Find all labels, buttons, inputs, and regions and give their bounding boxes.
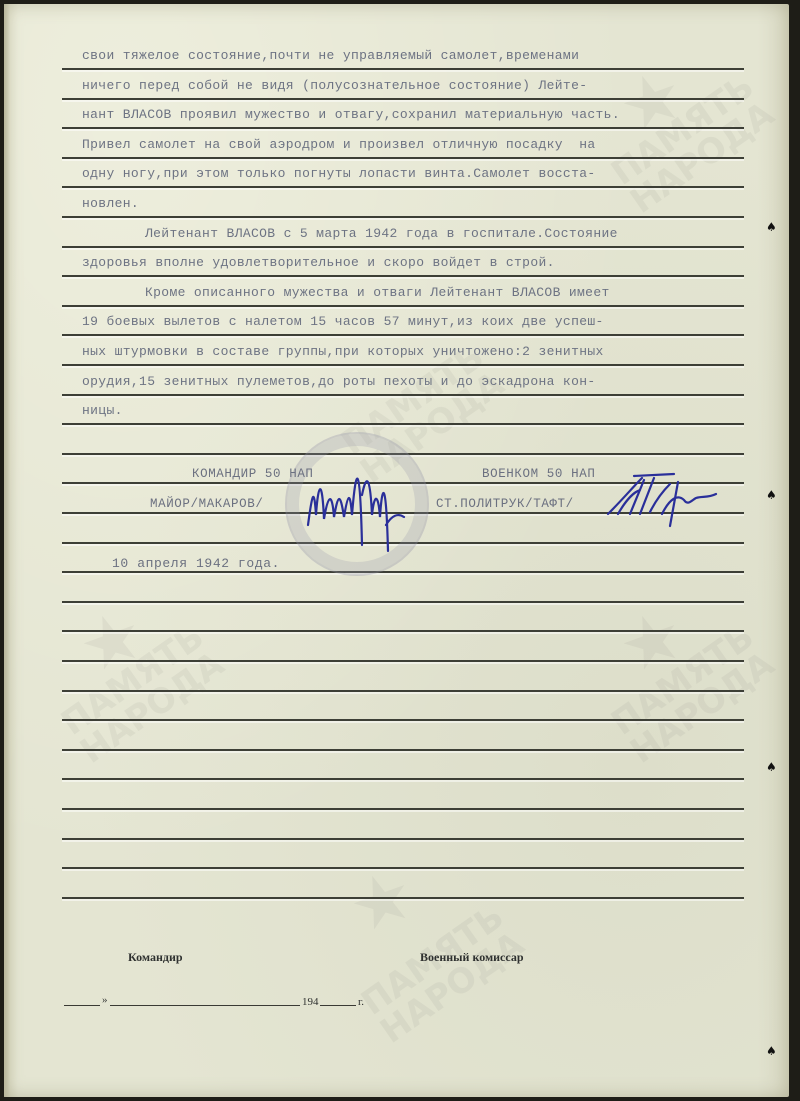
body-line: свои тяжелое состояние,почти не управляе…	[82, 48, 579, 63]
ruled-line	[62, 275, 744, 277]
commissar-name: СТ.ПОЛИТРУК/ТАФТ/	[436, 497, 574, 511]
binding-hole-icon: ♠	[766, 762, 776, 772]
binding-hole-icon: ♠	[766, 1046, 776, 1056]
ruled-line	[62, 630, 744, 632]
ruled-line	[62, 897, 744, 899]
document-date: 10 апреля 1942 года.	[112, 556, 280, 571]
body-line: нант ВЛАСОВ проявил мужество и отвагу,со…	[82, 107, 620, 122]
ruled-line	[62, 305, 744, 307]
body-line: Кроме описанного мужества и отваги Лейте…	[145, 285, 610, 300]
ruled-line	[62, 808, 744, 810]
ruled-line	[62, 719, 744, 721]
commander-label: Командир	[128, 950, 183, 965]
body-line: одну ногу,при этом только погнуты лопаст…	[82, 166, 596, 181]
page-edge-shadow	[4, 4, 10, 1097]
ruled-line	[62, 364, 744, 366]
ruled-line	[62, 186, 744, 188]
form-date-field[interactable]: » 194 г.	[62, 996, 372, 1010]
commander-signature	[300, 455, 430, 555]
body-line: ничего перед собой не видя (полусознател…	[82, 78, 587, 93]
ruled-line	[62, 394, 744, 396]
body-line: Привел самолет на свой аэродром и произв…	[82, 137, 596, 152]
ruled-line	[62, 127, 744, 129]
body-line: ных штурмовки в составе группы,при котор…	[82, 344, 604, 359]
body-line: Лейтенант ВЛАСОВ с 5 марта 1942 года в г…	[145, 226, 618, 241]
ruled-line	[62, 423, 744, 425]
commissar-signature	[604, 470, 724, 530]
commissar-title: ВОЕНКОМ 50 НАП	[482, 467, 595, 481]
ruled-line	[62, 838, 744, 840]
commissar-label: Военный комиссар	[420, 950, 524, 965]
ruled-line	[62, 98, 744, 100]
date-quote-open: »	[102, 994, 108, 1006]
ruled-line	[62, 571, 744, 573]
ruled-line	[62, 68, 744, 70]
ruled-line	[62, 778, 744, 780]
binding-hole-icon: ♠	[766, 490, 776, 500]
binding-hole-icon: ♠	[766, 222, 776, 232]
ruled-line	[62, 690, 744, 692]
ruled-line	[62, 660, 744, 662]
ruled-line	[62, 749, 744, 751]
ruled-line	[62, 216, 744, 218]
body-line: 19 боевых вылетов с налетом 15 часов 57 …	[82, 314, 604, 329]
body-line: здоровья вполне удовлетворительное и ско…	[82, 255, 555, 270]
ruled-line	[62, 157, 744, 159]
body-line: орудия,15 зенитных пулеметов,до роты пех…	[82, 374, 596, 389]
year-suffix: г.	[358, 996, 364, 1008]
commander-title: КОМАНДИР 50 НАП	[192, 467, 314, 481]
body-line: новлен.	[82, 196, 139, 211]
ruled-line	[62, 867, 744, 869]
body-line: ницы.	[82, 403, 123, 418]
ruled-line	[62, 334, 744, 336]
ruled-line	[62, 601, 744, 603]
commander-name: МАЙОР/МАКАРОВ/	[150, 497, 263, 511]
year-prefix: 194	[302, 996, 319, 1008]
ruled-line	[62, 246, 744, 248]
